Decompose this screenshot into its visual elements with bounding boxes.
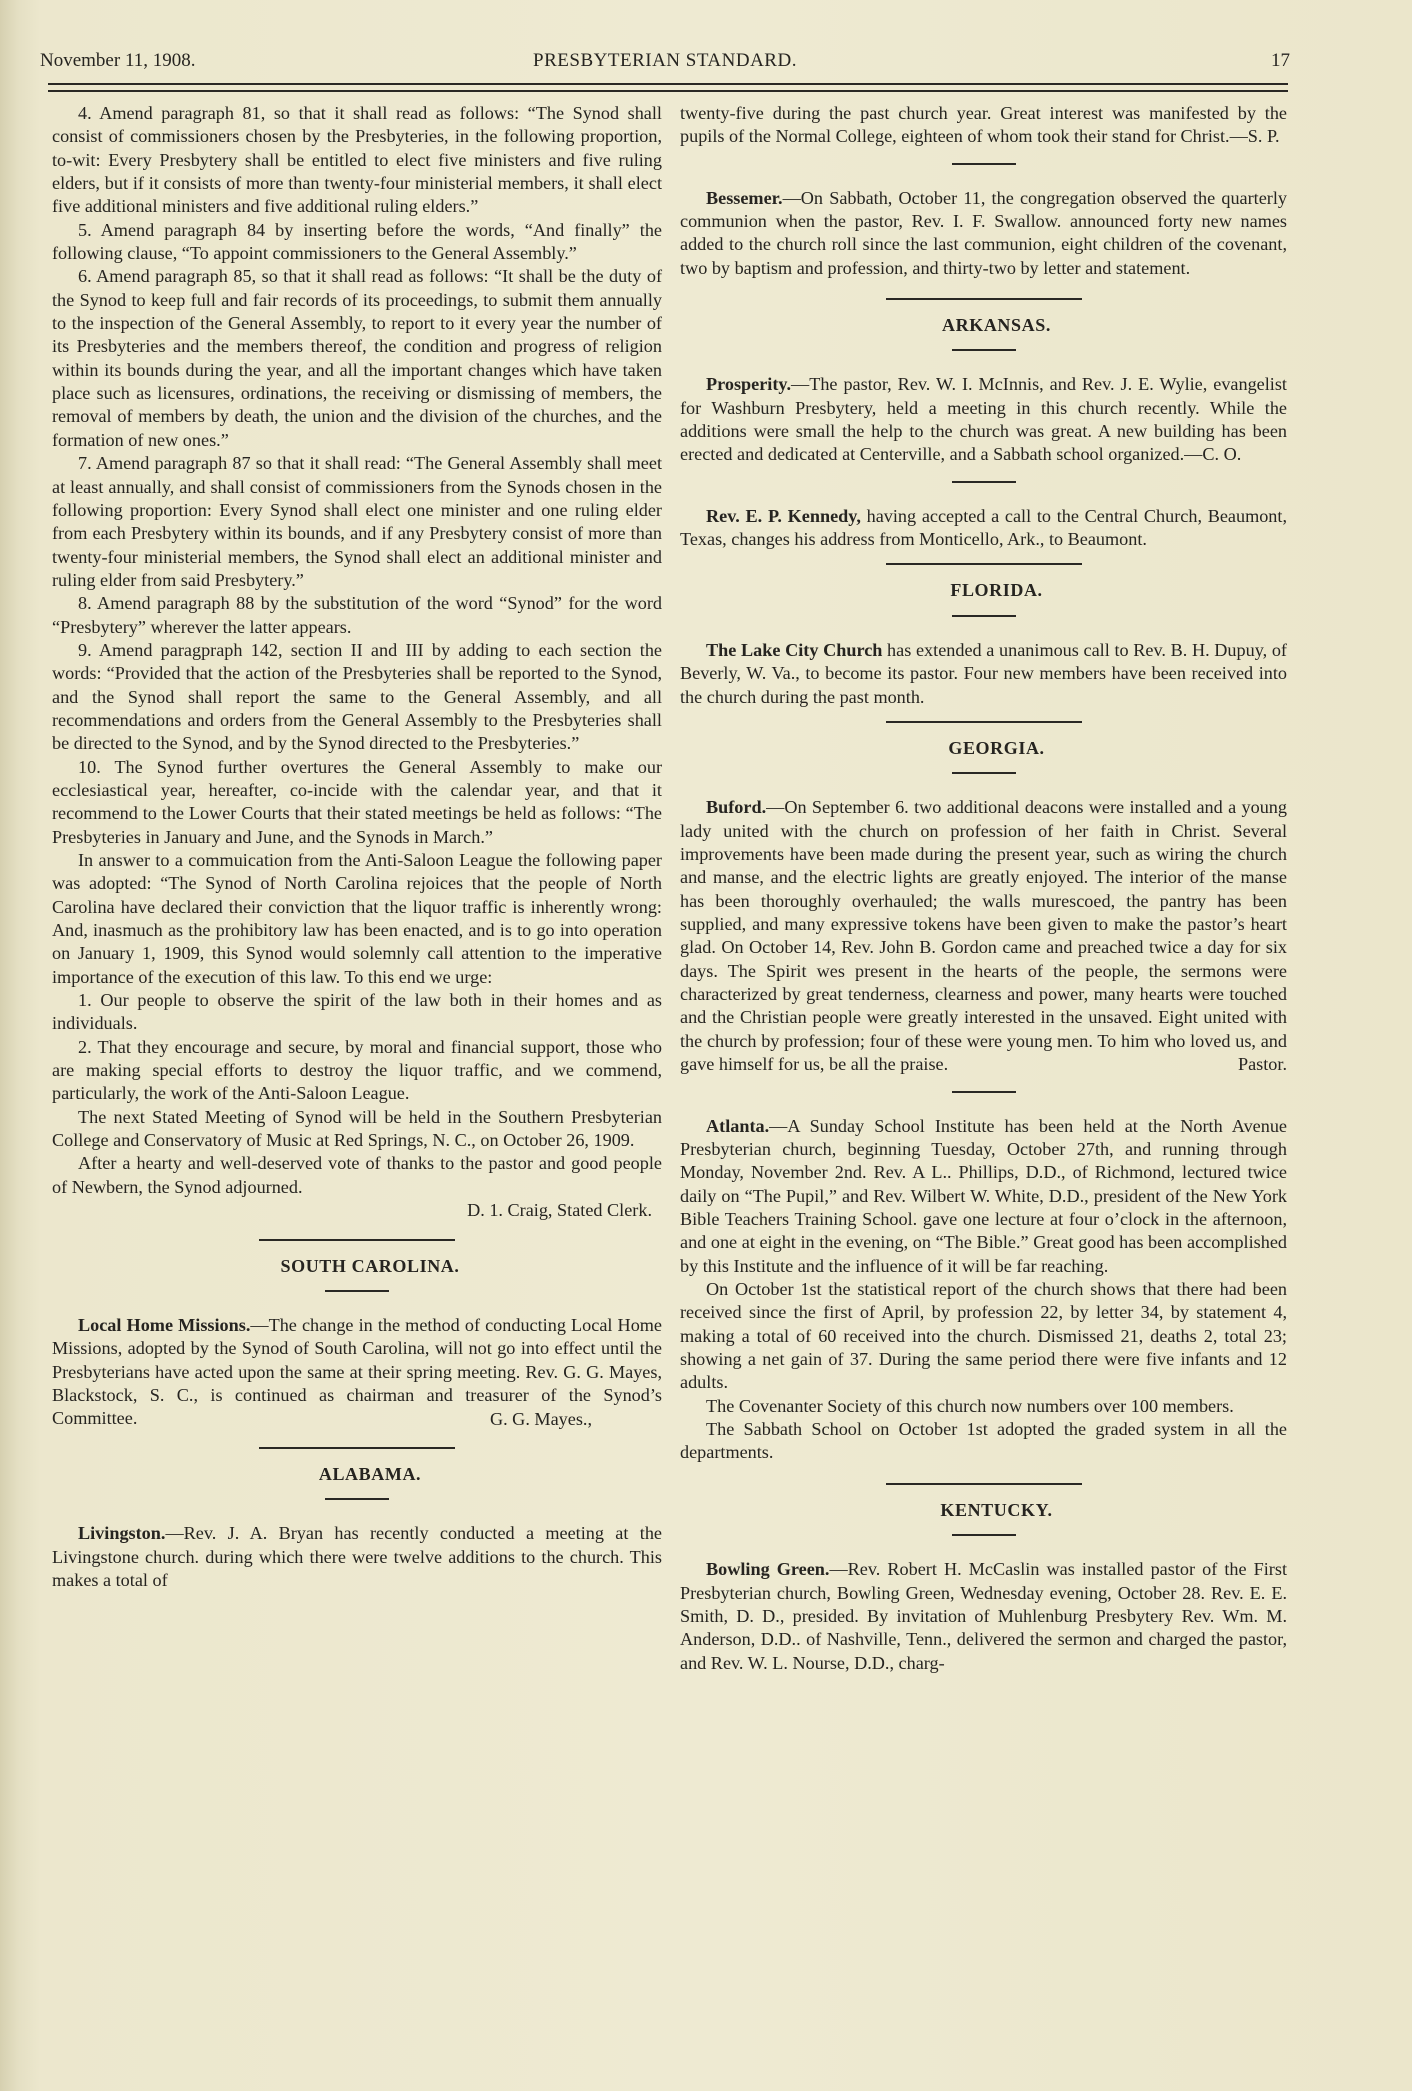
section-heading-florida: FLORIDA. xyxy=(680,579,1287,602)
item-lead: Buford. xyxy=(706,797,766,817)
publication-title: PRESBYTERIAN STANDARD. xyxy=(40,50,1290,72)
page-number: 17 xyxy=(1271,50,1290,72)
heading-underline xyxy=(952,1534,1016,1536)
left-column: 4. Amend paragraph 81, so that it shall … xyxy=(52,102,662,1592)
section-divider xyxy=(886,721,1082,723)
newspaper-page: November 11, 1908. PRESBYTERIAN STANDARD… xyxy=(0,0,1412,2091)
mayes-signature: G. G. Mayes., xyxy=(52,1408,662,1431)
amendment-9: 9. Amend paragpraph 142, section II and … xyxy=(52,639,662,756)
section-heading-alabama: ALABAMA. xyxy=(52,1463,662,1486)
item-lead: Local Home Missions. xyxy=(78,1315,250,1335)
prosperity-item: Prosperity.—The pastor, Rev. W. I. McInn… xyxy=(680,373,1287,466)
buford-item: Buford.—On September 6. two additional d… xyxy=(680,796,1287,1076)
atlanta-sabbath-school: The Sabbath School on October 1st adopte… xyxy=(680,1418,1287,1465)
item-text: —A Sunday School Institute has been held… xyxy=(680,1116,1287,1276)
section-divider xyxy=(259,1239,455,1241)
heading-underline xyxy=(325,1498,389,1500)
item-lead: Prosperity. xyxy=(706,374,791,394)
item-text: —On September 6. two additional deacons … xyxy=(680,797,1287,1074)
item-lead: Bessemer. xyxy=(706,188,783,208)
item-lead: Livingston. xyxy=(78,1523,165,1543)
urge-item-2: 2. That they encourage and secure, by mo… xyxy=(52,1036,662,1106)
section-heading-arkansas: ARKANSAS. xyxy=(680,314,1287,337)
kennedy-item: Rev. E. P. Kennedy, having accepted a ca… xyxy=(680,505,1287,552)
header-rule-top xyxy=(48,83,1288,85)
heading-underline xyxy=(325,1290,389,1292)
amendment-7: 7. Amend paragraph 87 so that it shall r… xyxy=(52,452,662,592)
amendment-5: 5. Amend paragraph 84 by inserting befor… xyxy=(52,219,662,266)
next-meeting-paragraph: The next Stated Meeting of Synod will be… xyxy=(52,1106,662,1153)
stated-clerk-signature: D. 1. Craig, Stated Clerk. xyxy=(52,1199,662,1222)
section-heading-kentucky: KENTUCKY. xyxy=(680,1499,1287,1522)
header-rule-bottom xyxy=(48,90,1288,92)
livingston-item: Livingston.—Rev. J. A. Bryan has recentl… xyxy=(52,1522,662,1592)
section-divider xyxy=(886,1483,1082,1485)
item-lead: Atlanta. xyxy=(706,1116,769,1136)
anti-saloon-paragraph: In answer to a commuication from the Ant… xyxy=(52,849,662,989)
item-lead: Bowling Green. xyxy=(706,1559,829,1579)
bessemer-item: Bessemer.—On Sabbath, October 11, the co… xyxy=(680,187,1287,280)
amendment-10: 10. The Synod further overtures the Gene… xyxy=(52,756,662,849)
amendment-4: 4. Amend paragraph 81, so that it shall … xyxy=(52,102,662,219)
heading-underline xyxy=(952,615,1016,617)
amendment-6: 6. Amend paragraph 85, so that it shall … xyxy=(52,265,662,452)
heading-underline xyxy=(952,349,1016,351)
section-divider xyxy=(886,563,1082,565)
right-column: twenty-five during the past church year.… xyxy=(680,102,1287,1675)
section-heading-south-carolina: SOUTH CAROLINA. xyxy=(52,1255,662,1278)
atlanta-statistics: On October 1st the statistical report of… xyxy=(680,1278,1287,1395)
lake-city-item: The Lake City Church has extended a unan… xyxy=(680,639,1287,709)
item-divider xyxy=(952,1091,1016,1093)
atlanta-covenanter: The Covenanter Society of this church no… xyxy=(680,1395,1287,1418)
bowling-green-item: Bowling Green.—Rev. Robert H. McCaslin w… xyxy=(680,1558,1287,1675)
section-divider xyxy=(886,298,1082,300)
urge-item-1: 1. Our people to observe the spirit of t… xyxy=(52,989,662,1036)
item-divider xyxy=(952,163,1016,165)
item-divider xyxy=(952,481,1016,483)
amendment-8: 8. Amend paragraph 88 by the substitutio… xyxy=(52,592,662,639)
item-lead: The Lake City Church xyxy=(706,640,882,660)
atlanta-item: Atlanta.—A Sunday School Institute has b… xyxy=(680,1115,1287,1278)
item-lead: Rev. E. P. Kennedy, xyxy=(706,506,861,526)
adjournment-paragraph: After a hearty and well-deserved vote of… xyxy=(52,1152,662,1199)
section-divider xyxy=(259,1447,455,1449)
section-heading-georgia: GEORGIA. xyxy=(680,737,1287,760)
heading-underline xyxy=(952,772,1016,774)
page-header: November 11, 1908. PRESBYTERIAN STANDARD… xyxy=(40,50,1290,74)
alabama-continuation: twenty-five during the past church year.… xyxy=(680,102,1287,149)
